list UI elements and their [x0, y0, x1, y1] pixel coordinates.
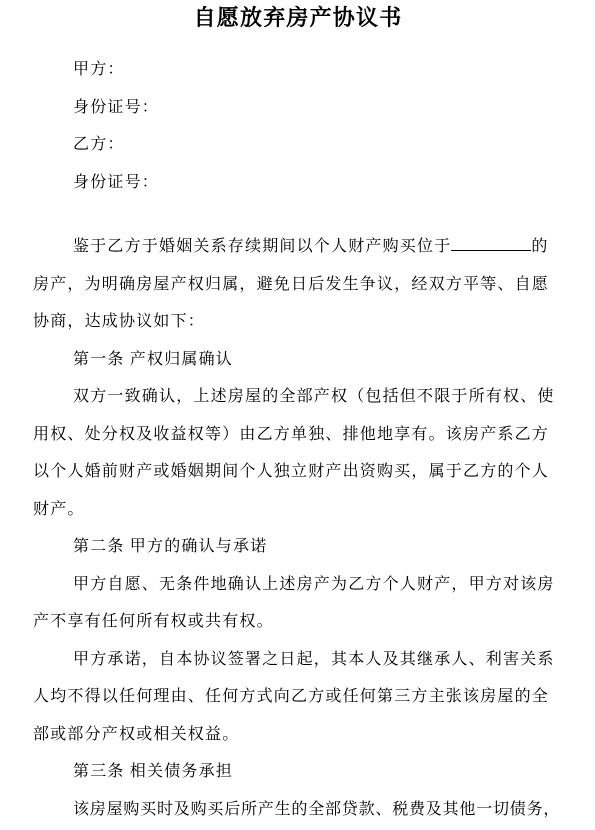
- party-b-id-label: 身份证号：: [33, 164, 563, 202]
- article-3-paragraph-1: 该房屋购买时及购买后所产生的全部贷款、税费及其他一切债务，: [33, 791, 563, 829]
- article-3-heading: 第三条 相关债务承担: [33, 753, 563, 791]
- article-2-paragraph-2: 甲方承诺，自本协议签署之日起，其本人及其继承人、利害关系人均不得以任何理由、任何…: [33, 641, 563, 754]
- document-title: 自愿放弃房产协议书: [33, 4, 563, 32]
- document-page: 自愿放弃房产协议书 甲方： 身份证号： 乙方： 身份证号： 鉴于乙方于婚姻关系存…: [0, 0, 595, 830]
- article-2-paragraph-1: 甲方自愿、无条件地确认上述房产为乙方个人财产，甲方对该房产不享有任何所有权或共有…: [33, 566, 563, 641]
- article-1-heading: 第一条 产权归属确认: [33, 341, 563, 379]
- party-fields-block: 甲方： 身份证号： 乙方： 身份证号：: [33, 51, 563, 201]
- article-1-paragraph-1: 双方一致确认，上述房屋的全部产权（包括但不限于所有权、使用权、处分权及收益权等）…: [33, 378, 563, 528]
- article-2-heading: 第二条 甲方的确认与承诺: [33, 528, 563, 566]
- property-location-blank: [451, 235, 531, 251]
- party-a-id-label: 身份证号：: [33, 89, 563, 127]
- party-b-label: 乙方：: [33, 126, 563, 164]
- party-a-label: 甲方：: [33, 51, 563, 89]
- preamble-text-before-blank: 鉴于乙方于婚姻关系存续期间以个人财产购买位于: [73, 238, 451, 255]
- preamble-paragraph: 鉴于乙方于婚姻关系存续期间以个人财产购买位于的房产，为明确房屋产权归属，避免日后…: [33, 228, 563, 341]
